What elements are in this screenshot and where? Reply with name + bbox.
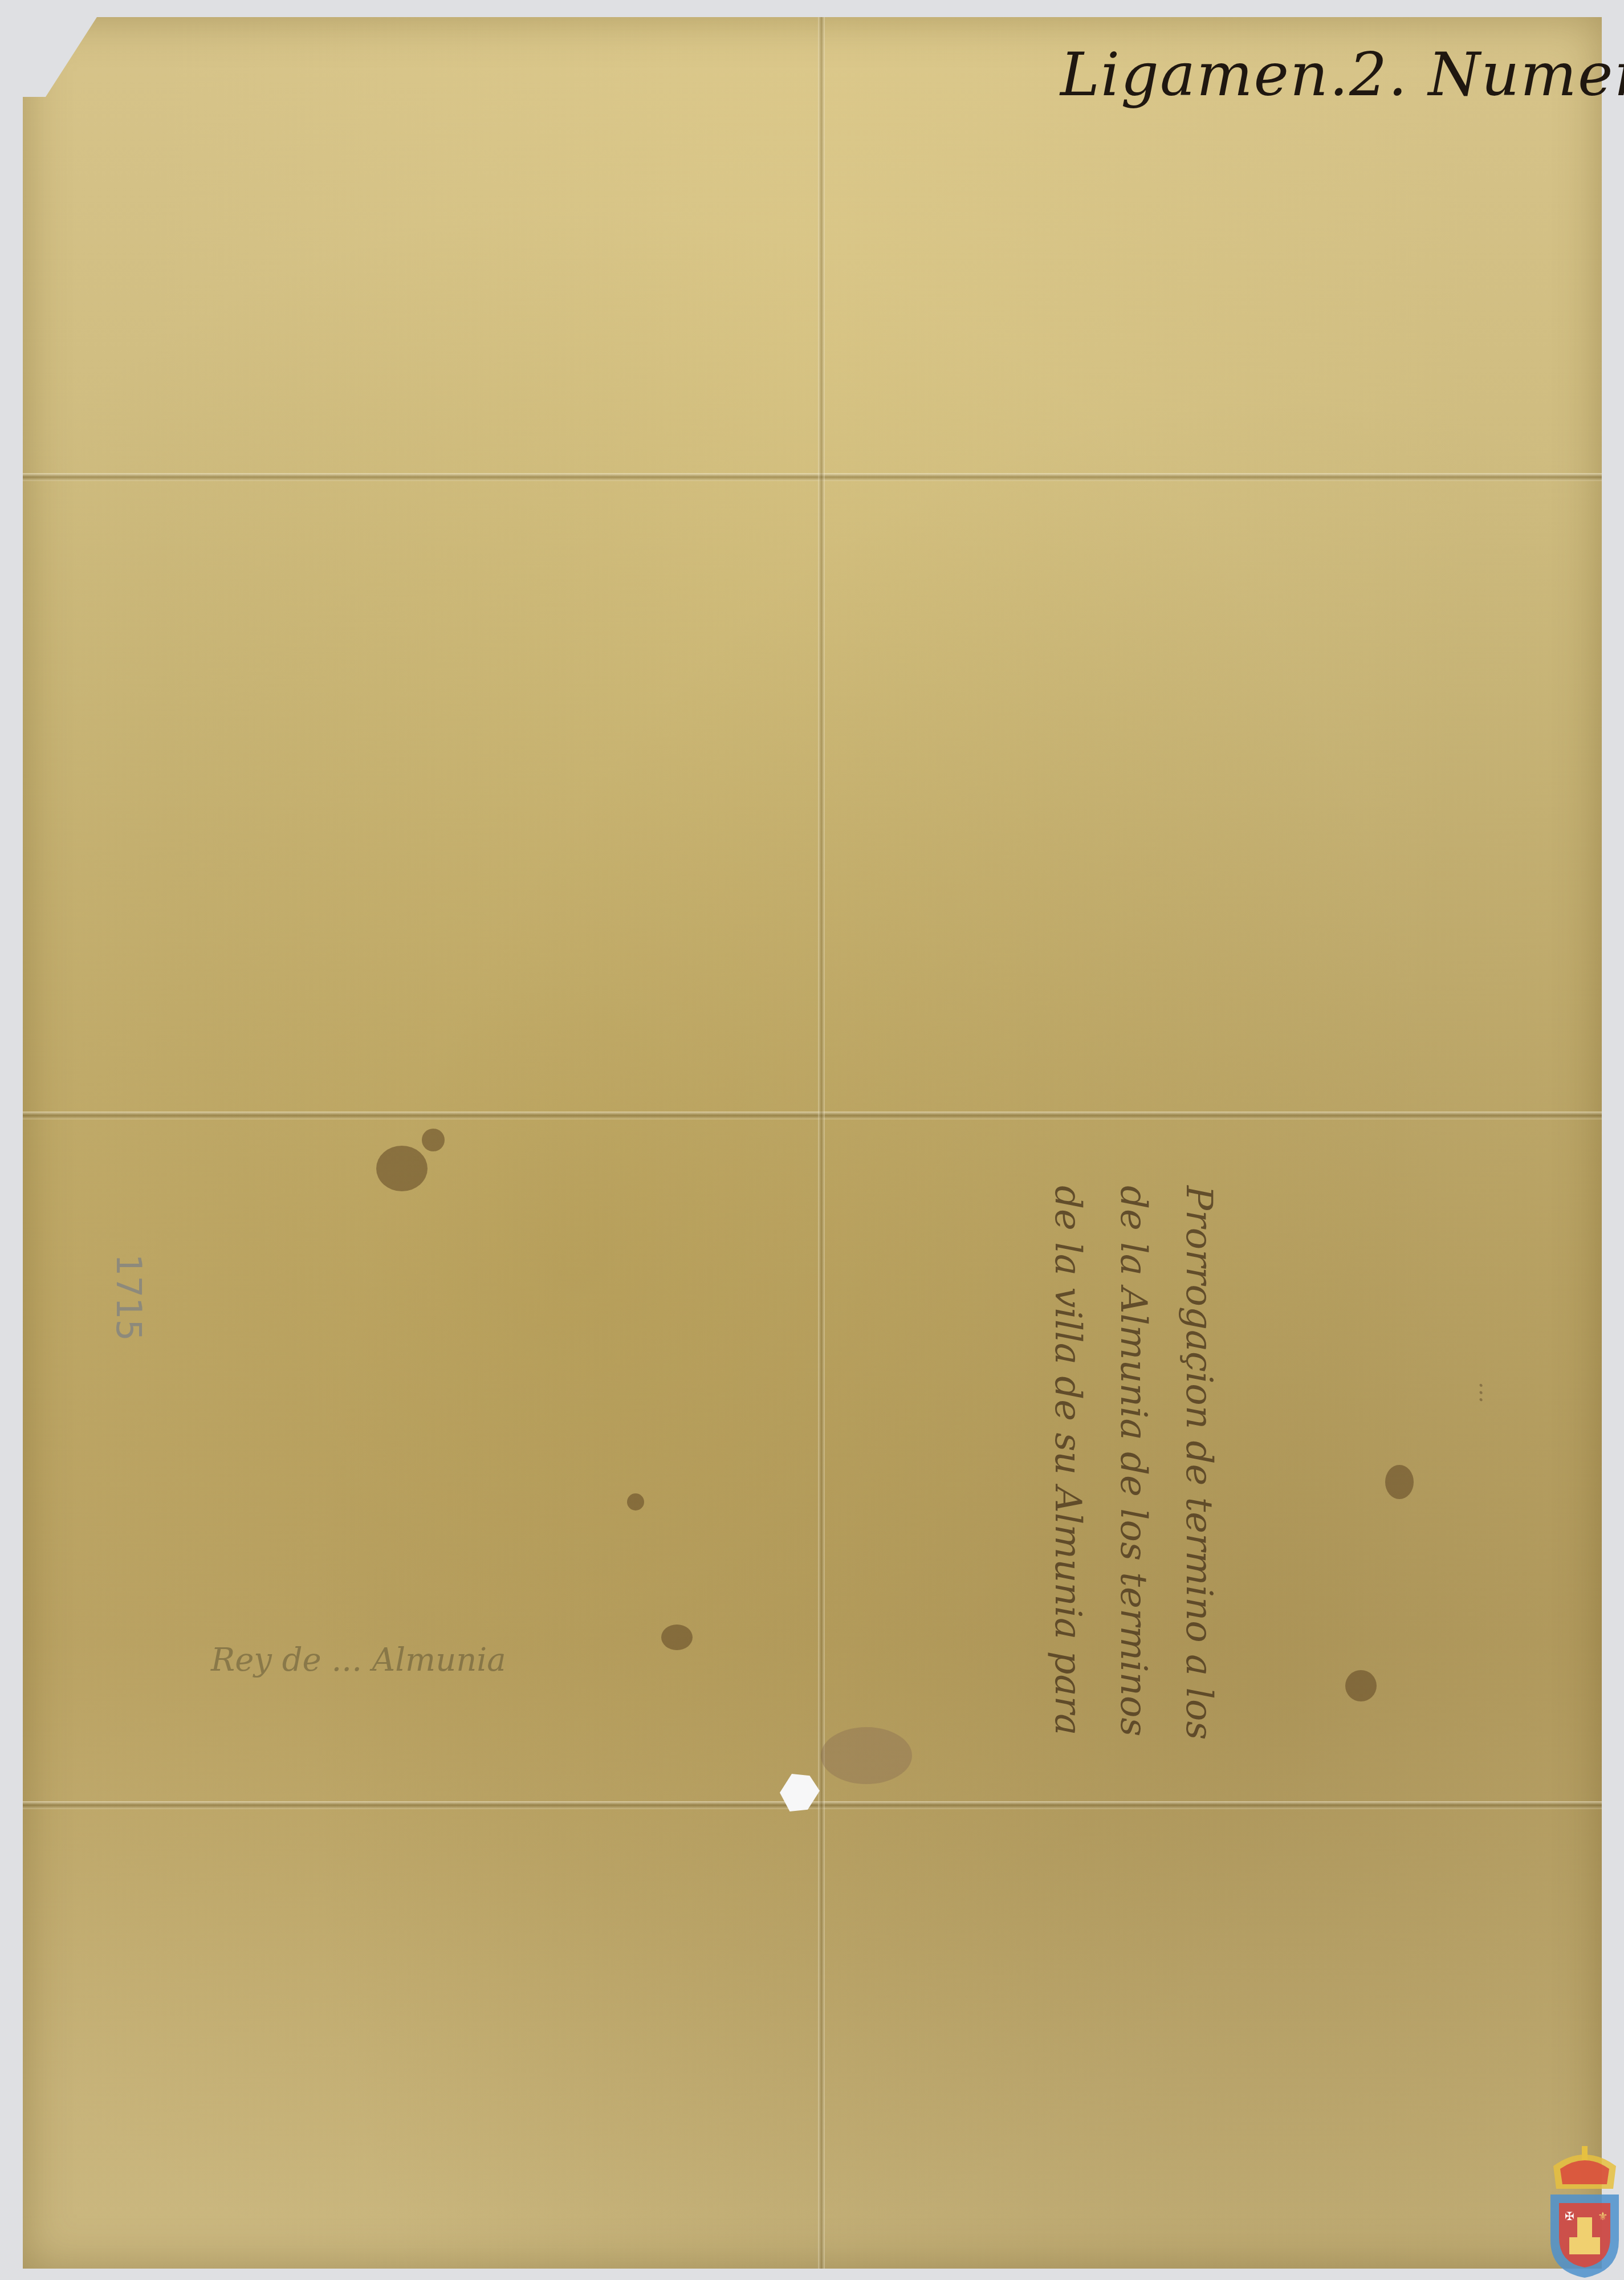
ink-stain [661, 1624, 693, 1650]
coat-of-arms-icon: ✠ ⚜ [1548, 2143, 1622, 2279]
ink-stain [1385, 1465, 1414, 1499]
ink-stain [821, 1727, 912, 1784]
ink-stain [1345, 1670, 1377, 1701]
vertical-annotation: Prorrogaçion de termino a los de la Almu… [1035, 1186, 1231, 1699]
svg-text:⚜: ⚜ [1598, 2209, 1608, 2223]
faint-signature: Rey de ... Almunia [211, 1642, 506, 1679]
right-margin-mark: ... [1474, 1382, 1500, 1403]
vertical-fold [818, 17, 825, 2269]
annotation-line: Prorrogaçion de termino a los [1166, 1186, 1231, 1699]
ink-stain [422, 1129, 445, 1151]
ink-stain [627, 1493, 644, 1510]
pencil-mark: 1715 [108, 1254, 148, 1341]
horizontal-fold [23, 473, 1602, 481]
horizontal-fold [23, 1111, 1602, 1119]
svg-text:✠: ✠ [1565, 2209, 1574, 2223]
parchment-sheet [23, 17, 1602, 2269]
archive-heading: Ligamen.2. Numero.30. [1060, 40, 1624, 109]
ink-stain [376, 1146, 428, 1191]
annotation-line: de la villa de su Almunia para [1035, 1186, 1100, 1699]
annotation-line: de la Almunia de los terminos [1100, 1186, 1166, 1699]
